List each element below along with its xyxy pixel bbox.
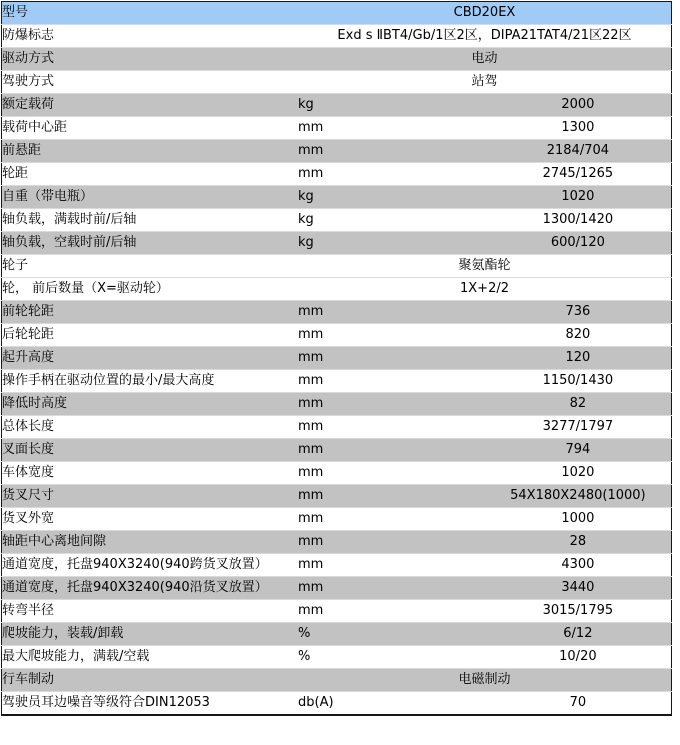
spec-unit: mm [298,324,485,347]
spec-value: 1020 [485,186,672,209]
table-row: 货叉外宽 mm 1000 [2,508,672,531]
spec-label: 额定载荷 [2,94,299,117]
table-row: 型号 CBD20EX [2,2,672,25]
spec-label: 轮距 [2,163,299,186]
spec-label: 轴距中心离地间隙 [2,531,299,554]
spec-label: 通道宽度，托盘940X3240(940跨货叉放置） [2,554,299,577]
spec-unit: mm [298,117,485,140]
spec-value: 聚氨酯轮 [298,255,672,278]
spec-label: 通道宽度，托盘940X3240(940沿货叉放置） [2,577,299,600]
spec-unit: kg [298,209,485,232]
table-row: 驾驶员耳边噪音等级符合DIN12053 db(A) 70 [2,692,672,716]
spec-label: 自重（带电瓶） [2,186,299,209]
spec-value: 3277/1797 [485,416,672,439]
spec-label: 降低时高度 [2,393,299,416]
spec-label: 车体宽度 [2,462,299,485]
spec-value: 794 [485,439,672,462]
spec-value: 1020 [485,462,672,485]
spec-value: Exd s ⅡBT4/Gb/1区2区，DIPA21TAT4/21区22区 [298,25,672,48]
spec-label: 轮， 前后数量（X=驱动轮） [2,278,299,301]
spec-unit: mm [298,508,485,531]
spec-label: 轴负载，满载时前/后轴 [2,209,299,232]
spec-value: 电磁制动 [298,669,672,692]
table-row: 起升高度 mm 120 [2,347,672,370]
spec-label: 驱动方式 [2,48,299,71]
spec-value: 600/120 [485,232,672,255]
spec-value: 3015/1795 [485,600,672,623]
table-row: 轴负载，空载时前/后轴 kg 600/120 [2,232,672,255]
spec-unit: kg [298,186,485,209]
table-row: 轮， 前后数量（X=驱动轮） 1X+2/2 [2,278,672,301]
table-row: 通道宽度，托盘940X3240(940沿货叉放置） mm 3440 [2,577,672,600]
spec-label: 总体长度 [2,416,299,439]
spec-unit: mm [298,439,485,462]
table-row: 行车制动 电磁制动 [2,669,672,692]
spec-label: 载荷中心距 [2,117,299,140]
spec-label: 操作手柄在驱动位置的最小/最大高度 [2,370,299,393]
table-row: 额定载荷 kg 2000 [2,94,672,117]
table-row: 转弯半径 mm 3015/1795 [2,600,672,623]
spec-label: 起升高度 [2,347,299,370]
table-row: 轮距 mm 2745/1265 [2,163,672,186]
spec-unit: mm [298,531,485,554]
spec-value: 1000 [485,508,672,531]
spec-unit: kg [298,232,485,255]
table-row: 自重（带电瓶） kg 1020 [2,186,672,209]
spec-value: 3440 [485,577,672,600]
spec-value: 2184/704 [485,140,672,163]
spec-unit: % [298,623,485,646]
spec-label: 货叉外宽 [2,508,299,531]
spec-value: 6/12 [485,623,672,646]
spec-value: 736 [485,301,672,324]
table-row: 车体宽度 mm 1020 [2,462,672,485]
spec-label: 防爆标志 [2,25,299,48]
spec-unit: mm [298,554,485,577]
spec-label: 轴负载，空载时前/后轴 [2,232,299,255]
spec-value: CBD20EX [298,2,672,25]
spec-label: 行车制动 [2,669,299,692]
table-row: 通道宽度，托盘940X3240(940跨货叉放置） mm 4300 [2,554,672,577]
table-row: 货叉尺寸 mm 54X180X2480(1000) [2,485,672,508]
spec-label: 驾驶方式 [2,71,299,94]
table-row: 爬坡能力，装载/卸载 % 6/12 [2,623,672,646]
spec-label: 驾驶员耳边噪音等级符合DIN12053 [2,692,299,716]
spec-value: 1300/1420 [485,209,672,232]
spec-label: 货叉尺寸 [2,485,299,508]
spec-unit: mm [298,577,485,600]
spec-table: 型号 CBD20EX 防爆标志 Exd s ⅡBT4/Gb/1区2区，DIPA2… [1,1,672,716]
spec-label: 前悬距 [2,140,299,163]
table-row: 操作手柄在驱动位置的最小/最大高度 mm 1150/1430 [2,370,672,393]
spec-unit: mm [298,600,485,623]
spec-value: 54X180X2480(1000) [485,485,672,508]
spec-unit: mm [298,485,485,508]
spec-value: 1150/1430 [485,370,672,393]
spec-label: 轮子 [2,255,299,278]
spec-label: 转弯半径 [2,600,299,623]
spec-unit: mm [298,301,485,324]
table-row: 驱动方式 电动 [2,48,672,71]
spec-unit: mm [298,393,485,416]
spec-unit: mm [298,140,485,163]
spec-value: 2000 [485,94,672,117]
spec-value: 站驾 [298,71,672,94]
spec-value: 1300 [485,117,672,140]
spec-value: 82 [485,393,672,416]
spec-label: 前轮轮距 [2,301,299,324]
table-row: 最大爬坡能力，满载/空载 % 10/20 [2,646,672,669]
spec-value: 820 [485,324,672,347]
spec-value: 1X+2/2 [298,278,672,301]
spec-unit: db(A) [298,692,485,716]
spec-label: 型号 [2,2,299,25]
table-row: 降低时高度 mm 82 [2,393,672,416]
table-row: 防爆标志 Exd s ⅡBT4/Gb/1区2区，DIPA21TAT4/21区22… [2,25,672,48]
spec-value: 28 [485,531,672,554]
spec-value: 70 [485,692,672,716]
table-row: 前悬距 mm 2184/704 [2,140,672,163]
spec-unit: % [298,646,485,669]
spec-unit: mm [298,163,485,186]
spec-label: 叉面长度 [2,439,299,462]
spec-unit: mm [298,416,485,439]
table-row: 叉面长度 mm 794 [2,439,672,462]
spec-value: 120 [485,347,672,370]
spec-label: 后轮轮距 [2,324,299,347]
spec-unit: mm [298,462,485,485]
table-row: 轴负载，满载时前/后轴 kg 1300/1420 [2,209,672,232]
spec-unit: kg [298,94,485,117]
spec-value: 10/20 [485,646,672,669]
spec-value: 2745/1265 [485,163,672,186]
spec-unit: mm [298,370,485,393]
table-row: 总体长度 mm 3277/1797 [2,416,672,439]
table-row: 驾驶方式 站驾 [2,71,672,94]
table-row: 后轮轮距 mm 820 [2,324,672,347]
spec-label: 爬坡能力，装载/卸载 [2,623,299,646]
table-row: 载荷中心距 mm 1300 [2,117,672,140]
spec-label: 最大爬坡能力，满载/空载 [2,646,299,669]
table-row: 轴距中心离地间隙 mm 28 [2,531,672,554]
spec-value: 电动 [298,48,672,71]
table-row: 前轮轮距 mm 736 [2,301,672,324]
spec-table-body: 型号 CBD20EX 防爆标志 Exd s ⅡBT4/Gb/1区2区，DIPA2… [2,2,672,716]
spec-value: 4300 [485,554,672,577]
table-row: 轮子 聚氨酯轮 [2,255,672,278]
spec-unit: mm [298,347,485,370]
